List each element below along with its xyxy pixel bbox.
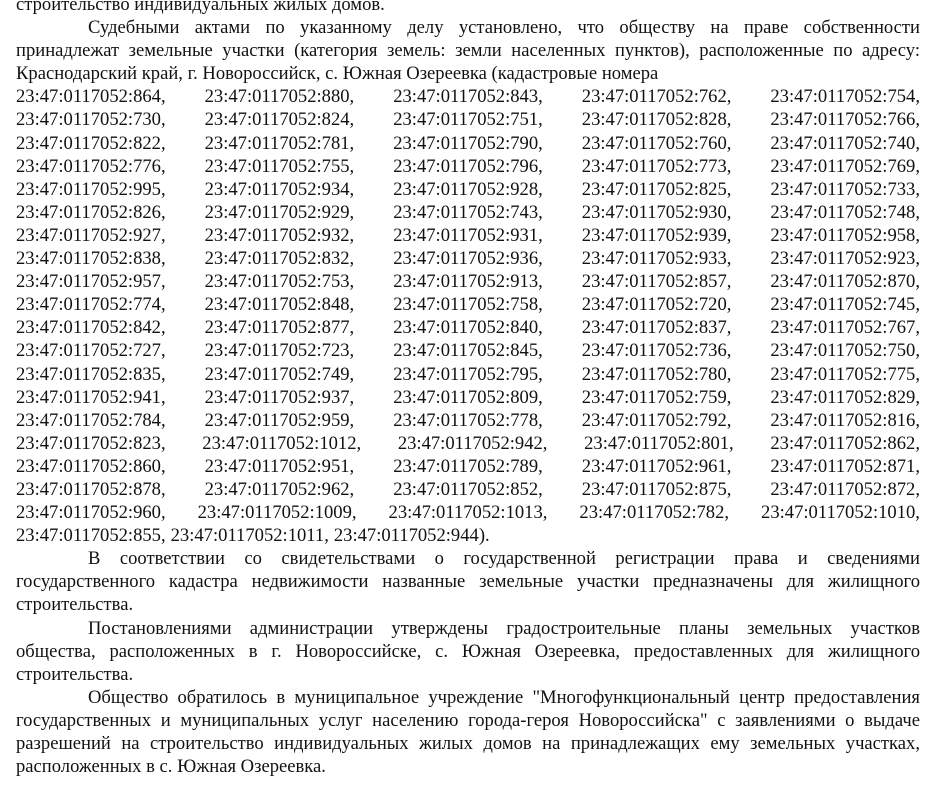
cadastral-number: 23:47:0117052:825, xyxy=(582,178,732,201)
cadastral-number: 23:47:0117052:877, xyxy=(205,316,355,339)
cadastral-line: 23:47:0117052:784,23:47:0117052:959,23:4… xyxy=(16,409,920,432)
cadastral-number: 23:47:0117052:934, xyxy=(205,178,355,201)
cadastral-number: 23:47:0117052:837, xyxy=(582,316,732,339)
cadastral-number: 23:47:0117052:745, xyxy=(770,293,920,316)
cadastral-number: 23:47:0117052:928, xyxy=(393,178,543,201)
cadastral-number: 23:47:0117052:840, xyxy=(393,316,543,339)
cadastral-number: 23:47:0117052:880, xyxy=(205,85,355,108)
application-paragraph: Общество обратилось в муниципальное учре… xyxy=(16,686,920,778)
cadastral-number: 23:47:0117052:751, xyxy=(393,108,543,131)
cadastral-line: 23:47:0117052:822,23:47:0117052:781,23:4… xyxy=(16,132,920,155)
cadastral-number: 23:47:0117052:755, xyxy=(205,155,355,178)
cadastral-number: 23:47:0117052:958, xyxy=(770,224,920,247)
cadastral-number: 23:47:0117052:829, xyxy=(770,386,920,409)
cadastral-number: 23:47:0117052:857, xyxy=(582,270,732,293)
cadastral-number: 23:47:0117052:801, xyxy=(584,432,734,455)
cadastral-number: 23:47:0117052:1010, xyxy=(761,501,920,524)
cadastral-number: 23:47:0117052:759, xyxy=(582,386,732,409)
cadastral-number: 23:47:0117052:937, xyxy=(205,386,355,409)
cadastral-number: 23:47:0117052:780, xyxy=(582,363,732,386)
cadastral-line: 23:47:0117052:860,23:47:0117052:951,23:4… xyxy=(16,455,920,478)
cadastral-number: 23:47:0117052:823, xyxy=(16,432,166,455)
cadastral-number: 23:47:0117052:951, xyxy=(205,455,355,478)
cadastral-number: 23:47:0117052:875, xyxy=(582,478,732,501)
cadastral-number: 23:47:0117052:842, xyxy=(16,316,166,339)
cadastral-number: 23:47:0117052:923, xyxy=(770,247,920,270)
cadastral-number: 23:47:0117052:852, xyxy=(393,478,543,501)
cadastral-number: 23:47:0117052:862, xyxy=(770,432,920,455)
cadastral-number: 23:47:0117052:758, xyxy=(393,293,543,316)
cadastral-number: 23:47:0117052:930, xyxy=(582,201,732,224)
cadastral-number: 23:47:0117052:762, xyxy=(582,85,732,108)
cadastral-number: 23:47:0117052:960, xyxy=(16,501,166,524)
cadastral-number: 23:47:0117052:961, xyxy=(582,455,732,478)
cadastral-number: 23:47:0117052:795, xyxy=(393,363,543,386)
cadastral-number: 23:47:0117052:733, xyxy=(770,178,920,201)
cadastral-number: 23:47:0117052:855, xyxy=(16,524,166,547)
cadastral-number: 23:47:0117052:931, xyxy=(393,224,543,247)
cadastral-line: 23:47:0117052:957,23:47:0117052:753,23:4… xyxy=(16,270,920,293)
cadastral-number: 23:47:0117052:773, xyxy=(582,155,732,178)
cadastral-number: 23:47:0117052:767, xyxy=(770,316,920,339)
cadastral-number: 23:47:0117052:870, xyxy=(770,270,920,293)
cadastral-number: 23:47:0117052:775, xyxy=(770,363,920,386)
cadastral-number: 23:47:0117052:1009, xyxy=(198,501,357,524)
cadastral-number: 23:47:0117052:871, xyxy=(770,455,920,478)
cadastral-line: 23:47:0117052:823,23:47:0117052:1012,23:… xyxy=(16,432,920,455)
cadastral-number: 23:47:0117052:845, xyxy=(393,339,543,362)
cadastral-number: 23:47:0117052:736, xyxy=(582,339,732,362)
cadastral-number: 23:47:0117052:942, xyxy=(398,432,548,455)
cadastral-line: 23:47:0117052:864,23:47:0117052:880,23:4… xyxy=(16,85,920,108)
cadastral-number: 23:47:0117052:957, xyxy=(16,270,166,293)
cadastral-number: 23:47:0117052:824, xyxy=(205,108,355,131)
cadastral-line: 23:47:0117052:941,23:47:0117052:937,23:4… xyxy=(16,386,920,409)
cadastral-number: 23:47:0117052:782, xyxy=(579,501,729,524)
cadastral-number: 23:47:0117052:929, xyxy=(205,201,355,224)
cadastral-number: 23:47:0117052:790, xyxy=(393,132,543,155)
cadastral-line: 23:47:0117052:776,23:47:0117052:755,23:4… xyxy=(16,155,920,178)
cadastral-line: 23:47:0117052:835,23:47:0117052:749,23:4… xyxy=(16,363,920,386)
cadastral-number: 23:47:0117052:848, xyxy=(205,293,355,316)
cadastral-number: 23:47:0117052:832, xyxy=(205,247,355,270)
cadastral-line: 23:47:0117052:855,23:47:0117052:1011,23:… xyxy=(16,524,920,547)
cadastral-number: 23:47:0117052:1011, xyxy=(171,524,329,547)
cadastral-number: 23:47:0117052:1012, xyxy=(202,432,361,455)
cadastral-number: 23:47:0117052:776, xyxy=(16,155,166,178)
cadastral-number: 23:47:0117052:913, xyxy=(393,270,543,293)
cadastral-number: 23:47:0117052:809, xyxy=(393,386,543,409)
cadastral-line: 23:47:0117052:774,23:47:0117052:848,23:4… xyxy=(16,293,920,316)
cadastral-number: 23:47:0117052:995, xyxy=(16,178,166,201)
cadastral-number: 23:47:0117052:1013, xyxy=(389,501,548,524)
cadastral-line: 23:47:0117052:727,23:47:0117052:723,23:4… xyxy=(16,339,920,362)
cadastral-number: 23:47:0117052:749, xyxy=(205,363,355,386)
cadastral-number: 23:47:0117052:754, xyxy=(770,85,920,108)
cadastral-line: 23:47:0117052:927,23:47:0117052:932,23:4… xyxy=(16,224,920,247)
cadastral-number: 23:47:0117052:927, xyxy=(16,224,166,247)
court-paragraph-intro: Судебными актами по указанному делу уста… xyxy=(16,16,920,85)
cadastral-number: 23:47:0117052:936, xyxy=(393,247,543,270)
cadastral-number: 23:47:0117052:933, xyxy=(582,247,732,270)
cadastral-number: 23:47:0117052:748, xyxy=(770,201,920,224)
cadastral-number: 23:47:0117052:864, xyxy=(16,85,166,108)
cadastral-number: 23:47:0117052:932, xyxy=(205,224,355,247)
cadastral-number: 23:47:0117052:784, xyxy=(16,409,166,432)
cadastral-number: 23:47:0117052:828, xyxy=(582,108,732,131)
cadastral-numbers-list: 23:47:0117052:864,23:47:0117052:880,23:4… xyxy=(16,85,920,547)
cadastral-line: 23:47:0117052:826,23:47:0117052:929,23:4… xyxy=(16,201,920,224)
cadastral-number: 23:47:0117052:860, xyxy=(16,455,166,478)
cadastral-line: 23:47:0117052:842,23:47:0117052:877,23:4… xyxy=(16,316,920,339)
cadastral-number: 23:47:0117052:835, xyxy=(16,363,166,386)
cadastral-number: 23:47:0117052:730, xyxy=(16,108,166,131)
cadastral-number: 23:47:0117052:838, xyxy=(16,247,166,270)
cadastral-number: 23:47:0117052:766, xyxy=(770,108,920,131)
cadastral-number: 23:47:0117052:878, xyxy=(16,478,166,501)
registration-paragraph: В соответствии со свидетельствами о госу… xyxy=(16,547,920,616)
cadastral-number: 23:47:0117052:753, xyxy=(205,270,355,293)
cadastral-line: 23:47:0117052:878,23:47:0117052:962,23:4… xyxy=(16,478,920,501)
cadastral-number: 23:47:0117052:826, xyxy=(16,201,166,224)
cadastral-number: 23:47:0117052:774, xyxy=(16,293,166,316)
cadastral-number: 23:47:0117052:872, xyxy=(770,478,920,501)
cadastral-number: 23:47:0117052:760, xyxy=(582,132,732,155)
cadastral-number: 23:47:0117052:959, xyxy=(205,409,355,432)
cadastral-number: 23:47:0117052:720, xyxy=(582,293,732,316)
cadastral-number: 23:47:0117052:723, xyxy=(205,339,355,362)
cadastral-number: 23:47:0117052:769, xyxy=(770,155,920,178)
cadastral-number: 23:47:0117052:781, xyxy=(205,132,355,155)
cadastral-number: 23:47:0117052:750, xyxy=(770,339,920,362)
cadastral-line: 23:47:0117052:995,23:47:0117052:934,23:4… xyxy=(16,178,920,201)
cadastral-number: 23:47:0117052:822, xyxy=(16,132,166,155)
cadastral-number: 23:47:0117052:796, xyxy=(393,155,543,178)
cadastral-number: 23:47:0117052:962, xyxy=(205,478,355,501)
cadastral-line: 23:47:0117052:960,23:47:0117052:1009,23:… xyxy=(16,501,920,524)
cadastral-number: 23:47:0117052:939, xyxy=(582,224,732,247)
cadastral-number: 23:47:0117052:843, xyxy=(393,85,543,108)
cadastral-number: 23:47:0117052:816, xyxy=(770,409,920,432)
cadastral-number: 23:47:0117052:944). xyxy=(334,524,490,547)
cadastral-number: 23:47:0117052:941, xyxy=(16,386,166,409)
resolutions-paragraph: Постановлениями администрации утверждены… xyxy=(16,617,920,686)
cadastral-number: 23:47:0117052:778, xyxy=(393,409,543,432)
cadastral-number: 23:47:0117052:743, xyxy=(393,201,543,224)
cadastral-line: 23:47:0117052:730,23:47:0117052:824,23:4… xyxy=(16,108,920,131)
document-page: строительство индивидуальных жилых домов… xyxy=(16,0,920,778)
cadastral-number: 23:47:0117052:789, xyxy=(393,455,543,478)
cadastral-number: 23:47:0117052:740, xyxy=(770,132,920,155)
cadastral-line: 23:47:0117052:838,23:47:0117052:832,23:4… xyxy=(16,247,920,270)
cadastral-number: 23:47:0117052:727, xyxy=(16,339,166,362)
cadastral-number: 23:47:0117052:792, xyxy=(582,409,732,432)
lead-fragment: строительство индивидуальных жилых домов… xyxy=(16,0,920,16)
